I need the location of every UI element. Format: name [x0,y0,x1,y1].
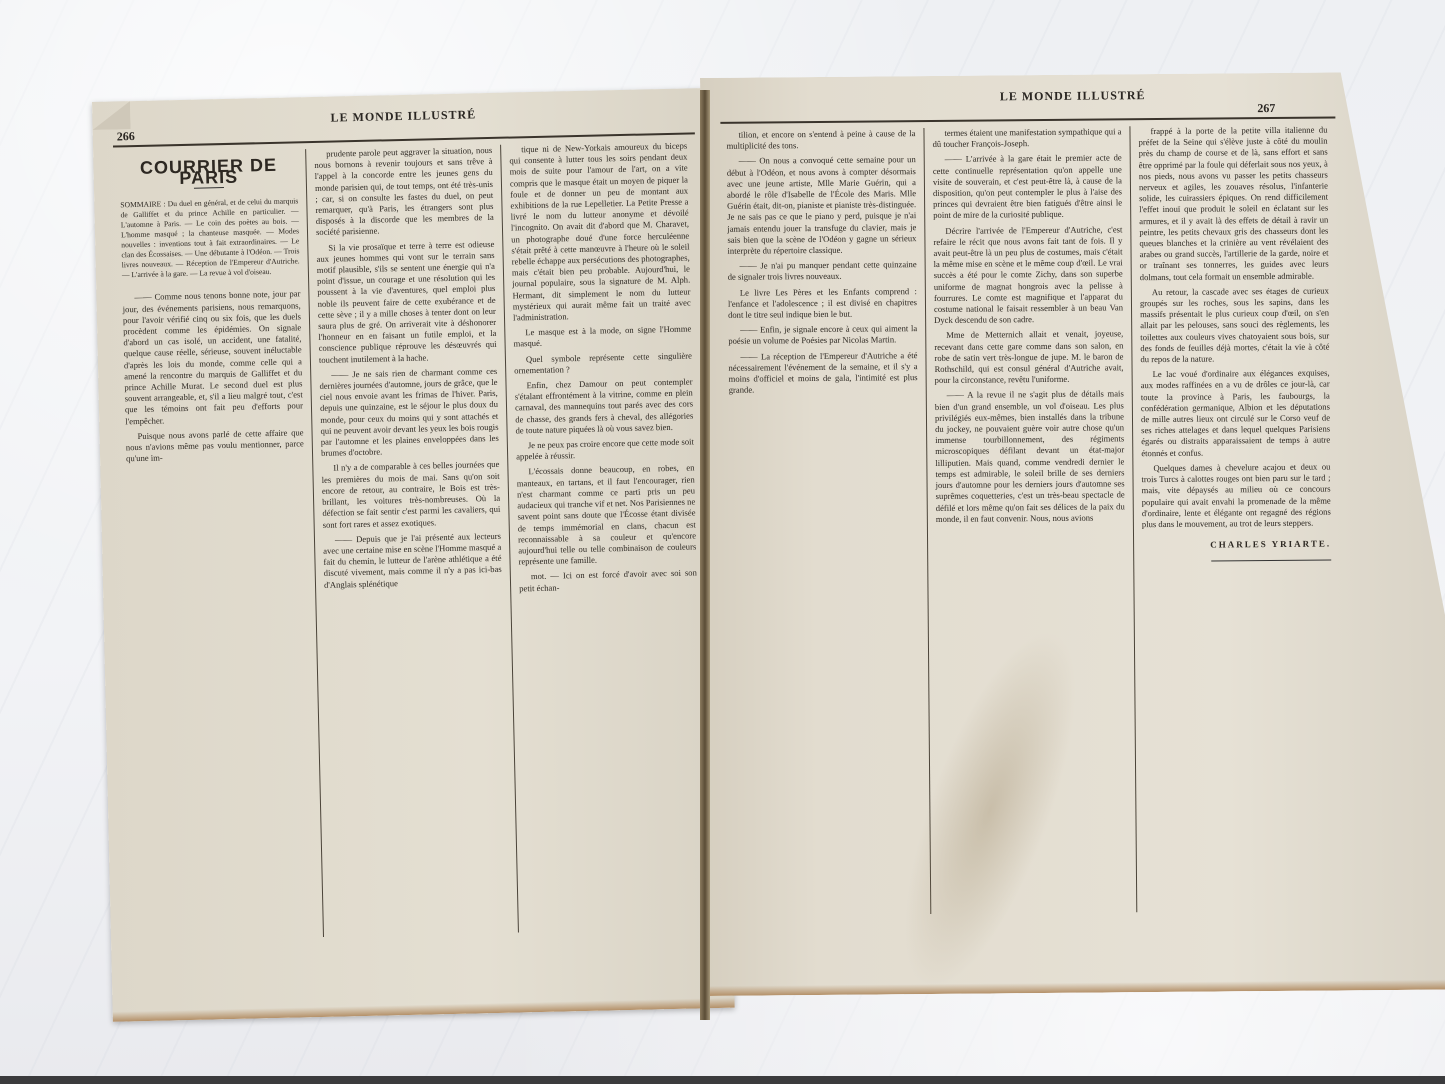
signature-rule [1211,560,1331,562]
paragraph: —— On nous a convoqué cette semaine pour… [727,155,917,257]
paragraph: prudente parole peut aggraver la situati… [314,145,494,239]
paragraph: Quel symbole représente cette singulière… [514,350,692,376]
title-rule [194,187,224,189]
paragraph: termes étaient une manifestation sympath… [932,126,1121,150]
paragraph: —— A la revue il ne s'agit plus de détai… [935,389,1125,525]
page-number-right: 267 [1257,101,1275,116]
right-page: LE MONDE ILLUSTRÉ 267 tilion, et encore … [700,71,1445,995]
page-number-left: 266 [117,129,135,144]
paragraph: Il n'y a de comparable à ces belles jour… [321,459,500,530]
paragraph: L'écossais donne beaucoup, en robes, en … [516,463,696,568]
paragraph: Décrire l'arrivée de l'Empereur d'Autric… [933,224,1123,326]
paragraph: Le livre Les Pères et les Enfants compre… [728,286,917,321]
column-3: tique ni de New-Yorkais amoureux du bice… [500,140,713,932]
article-summary: SOMMAIRE : Du duel en général, et de cel… [120,197,300,281]
paragraph: —— La réception de l'Empereur d'Autriche… [728,350,917,396]
paragraph: —— Enfin, je signale encore à ceux qui a… [728,323,917,347]
paragraph: Le masque est à la mode, on signe l'Homm… [513,324,691,350]
paragraph: —— Je n'ai pu manquer pendant cette quin… [728,259,917,283]
binding-spine [700,90,710,1020]
table-edge [0,1076,1445,1084]
masthead-left: LE MONDE ILLUSTRÉ [92,102,714,131]
left-page: LE MONDE ILLUSTRÉ 266 COURRIER DE PARIS … [92,88,735,1022]
paragraph: tilion, et encore on s'entend à peine à … [726,128,915,152]
column-1: tilion, et encore on s'entend à peine à … [718,128,930,916]
left-page-columns: COURRIER DE PARIS SOMMAIRE : Du duel en … [111,140,713,941]
paragraph: mot. — Ici on est forcé d'avoir avec soi… [519,568,697,594]
column-3: frappé à la porte de la petite villa ita… [1129,124,1342,912]
paragraph: Mme de Metternich allait et venait, joye… [934,329,1123,387]
article-title: COURRIER DE PARIS [119,159,297,185]
paragraph: —— Je ne sais rien de charmant comme ces… [319,366,499,460]
author-signature: CHARLES YRIARTE. [1142,539,1331,552]
paragraph: Au retour, la cascade avec ses étages de… [1140,285,1330,365]
paragraph: frappé à la porte de la petite villa ita… [1138,125,1328,283]
paragraph: tique ni de New-Yorkais amoureux du bice… [509,141,691,324]
paragraph: Si la vie prosaïque et terre à terre est… [316,239,497,366]
column-1: COURRIER DE PARIS SOMMAIRE : Du duel en … [111,149,323,941]
paragraph: Le lac voué d'ordinaire aux élégances ex… [1141,368,1331,459]
paragraph: Quelques dames à chevelure acajou et deu… [1141,461,1331,530]
paragraph: —— Comme nous tenons bonne note, jour pa… [122,289,303,427]
paragraph: —— L'arrivée à la gare était le premier … [933,153,1123,222]
paragraph: Enfin, chez Damour on peut contempler s'… [514,377,693,437]
masthead-right: LE MONDE ILLUSTRÉ [700,85,1445,107]
paragraph: Puisque nous avons parlé de cette affair… [125,427,304,465]
paragraph: —— Depuis que je l'ai présenté aux lecte… [323,531,502,591]
header-rule [720,116,1335,123]
paragraph: Je ne peux pas croire encore que cette m… [516,437,694,463]
column-2: prudente parole peut aggraver la situati… [305,145,518,937]
